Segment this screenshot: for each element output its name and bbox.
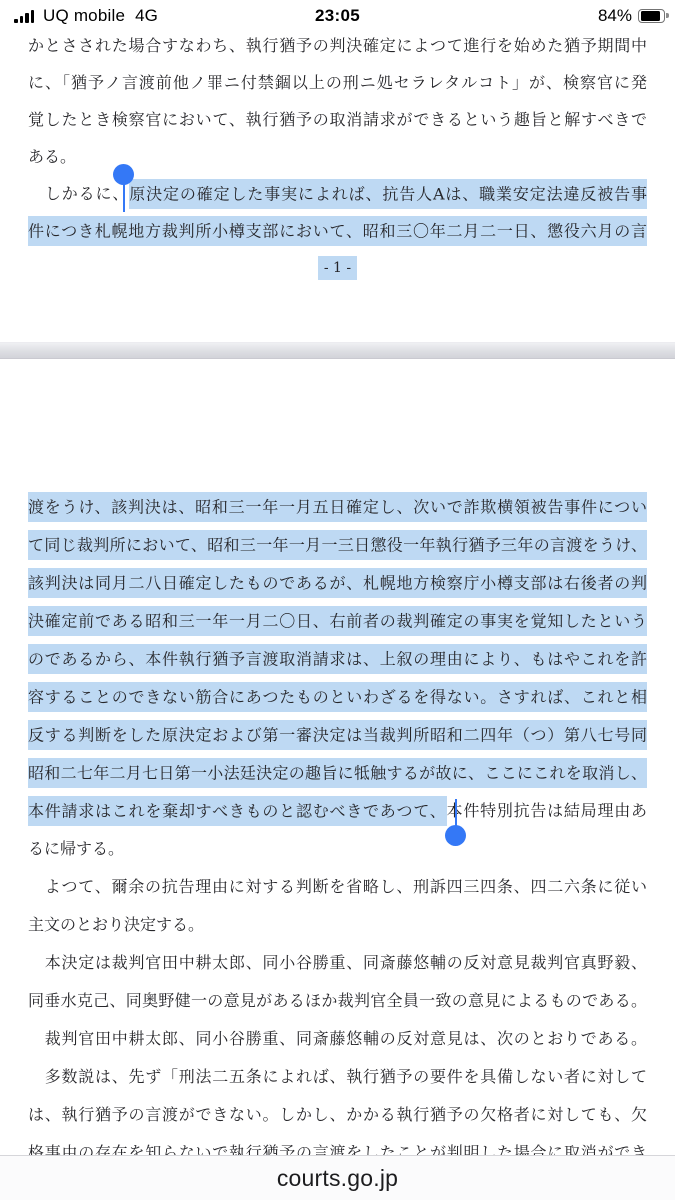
text-segment: 覚したとき検察官において、執行猶予の取消請求ができるという趣旨と解すべきで	[28, 110, 647, 129]
document-text-line: かとさされた場合すなわち、執行猶予の判決確定によつて進行を始めた猶予期間中	[28, 27, 647, 64]
selected-text: 件につき札幌地方裁判所小樽支部において、昭和三〇年二月二一日、懲役六月の言	[28, 216, 647, 246]
document-text-line: 同垂水克己、同奥野健一の意見があるほか裁判官全員一致の意見によるものである。	[28, 982, 647, 1020]
document-text-line: 昭和二七年二月七日第一小法廷決定の趣旨に牴触するが故に、ここにこれを取消し、	[28, 754, 647, 792]
page-number-value: - 1 -	[318, 256, 357, 280]
status-bar-right: 84%	[598, 6, 665, 26]
document-text-line: 容することのできない筋合にあつたものといわざるを得ない。さすれば、これと相	[28, 678, 647, 716]
page-1-text: かとさされた場合すなわち、執行猶予の判決確定によつて進行を始めた猶予期間中に、「…	[28, 27, 647, 249]
text-segment: しかるに、	[28, 184, 129, 203]
document-text-line: 件につき札幌地方裁判所小樽支部において、昭和三〇年二月二一日、懲役六月の言	[28, 212, 647, 249]
document-text-line: は、執行猶予の言渡ができない。しかし、かかる執行猶予の欠格者に対しても、欠	[28, 1096, 647, 1134]
selection-start-caret	[123, 182, 125, 212]
selected-text: 本件請求はこれを棄却すべきものと認むべきであつて、	[28, 796, 447, 826]
document-text-line: のであるから、本件執行猶予言渡取消請求は、上叙の理由により、もはやこれを許	[28, 640, 647, 678]
document-text-line: 反する判断をした原決定および第一審決定は当裁判所昭和二四年（つ）第八七号同	[28, 716, 647, 754]
document-text-line: 裁判官田中耕太郎、同小谷勝重、同斎藤悠輔の反対意見は、次のとおりである。	[28, 1020, 647, 1058]
status-bar: UQ mobile 4G 23:05 84%	[0, 0, 675, 32]
text-segment: 本決定は裁判官田中耕太郎、同小谷勝重、同斎藤悠輔の反対意見裁判官真野毅、	[28, 953, 647, 972]
text-segment: 同垂水克己、同奥野健一の意見があるほか裁判官全員一致の意見によるものである。	[28, 991, 647, 1010]
text-segment: は、執行猶予の言渡ができない。しかし、かかる執行猶予の欠格者に対しても、欠	[28, 1105, 647, 1124]
page-number: - 1 -	[28, 256, 647, 280]
document-text-line: 決確定前である昭和三一年一月二〇日、右前者の裁判確定の事実を覚知したという	[28, 602, 647, 640]
selected-text: のであるから、本件執行猶予言渡取消請求は、上叙の理由により、もはやこれを許	[28, 644, 647, 674]
document-text-line: るに帰する。	[28, 830, 647, 868]
selected-text: て同じ裁判所において、昭和三一年一月一三日懲役一年執行猶予三年の言渡をうけ、	[28, 530, 647, 560]
document-text-line: 渡をうけ、該判決は、昭和三一年一月五日確定し、次いで詐欺横領被告事件につい	[28, 488, 647, 526]
text-segment: 本件特別抗告は結局理由あ	[447, 801, 647, 820]
url-text: courts.go.jp	[277, 1165, 398, 1192]
text-segment: に、「猶予ノ言渡前他ノ罪ニ付禁錮以上の刑ニ処セラレタルコト」が、検察官に発	[28, 73, 647, 92]
selected-text: 該判決は同月二八日確定したものであるが、札幌地方検察庁小樽支部は右後者の判	[28, 568, 647, 598]
document-text-line: よつて、爾余の抗告理由に対する判断を省略し、刑訴四三四条、四二六条に従い	[28, 868, 647, 906]
battery-percent-label: 84%	[598, 6, 632, 26]
document-text-line: 本決定は裁判官田中耕太郎、同小谷勝重、同斎藤悠輔の反対意見裁判官真野毅、	[28, 944, 647, 982]
selected-text: 昭和二七年二月七日第一小法廷決定の趣旨に牴触するが故に、ここにこれを取消し、	[28, 758, 647, 788]
clock-time: 23:05	[0, 6, 675, 26]
text-segment: かとさされた場合すなわち、執行猶予の判決確定によつて進行を始めた猶予期間中	[28, 36, 647, 55]
document-page-1: かとさされた場合すなわち、執行猶予の判決確定によつて進行を始めた猶予期間中に、「…	[28, 27, 647, 280]
selected-text: 反する判断をした原決定および第一審決定は当裁判所昭和二四年（つ）第八七号同	[28, 720, 647, 750]
selected-text: 容することのできない筋合にあつたものといわざるを得ない。さすれば、これと相	[28, 682, 647, 712]
selected-text: 渡をうけ、該判決は、昭和三一年一月五日確定し、次いで詐欺横領被告事件につい	[28, 492, 647, 522]
text-segment: 裁判官田中耕太郎、同小谷勝重、同斎藤悠輔の反対意見は、次のとおりである。	[28, 1029, 647, 1048]
document-text-line: 本件請求はこれを棄却すべきものと認むべきであつて、本件特別抗告は結局理由あ	[28, 792, 647, 830]
browser-url-bar[interactable]: courts.go.jp	[0, 1155, 675, 1200]
selection-end-knob-icon[interactable]	[445, 825, 466, 846]
pdf-page-separator	[0, 343, 675, 358]
document-page-2: 渡をうけ、該判決は、昭和三一年一月五日確定し、次いで詐欺横領被告事件について同じ…	[28, 488, 647, 1172]
document-text-line: て同じ裁判所において、昭和三一年一月一三日懲役一年執行猶予三年の言渡をうけ、	[28, 526, 647, 564]
document-text-line: 主文のとおり決定する。	[28, 906, 647, 944]
selection-end-caret	[455, 799, 457, 828]
document-text-line: 覚したとき検察官において、執行猶予の取消請求ができるという趣旨と解すべきで	[28, 101, 647, 138]
selected-text: 原決定の確定した事実によれば、抗告人Aは、職業安定法違反被告事	[129, 179, 647, 209]
document-text-line: に、「猶予ノ言渡前他ノ罪ニ付禁錮以上の刑ニ処セラレタルコト」が、検察官に発	[28, 64, 647, 101]
document-text-line: 多数説は、先ず「刑法二五条によれば、執行猶予の要件を具備しない者に対して	[28, 1058, 647, 1096]
text-segment: 多数説は、先ず「刑法二五条によれば、執行猶予の要件を具備しない者に対して	[28, 1067, 647, 1086]
selected-text: 決確定前である昭和三一年一月二〇日、右前者の裁判確定の事実を覚知したという	[28, 606, 647, 636]
battery-icon	[638, 9, 665, 24]
text-segment: 主文のとおり決定する。	[28, 915, 204, 934]
text-segment: よつて、爾余の抗告理由に対する判断を省略し、刑訴四三四条、四二六条に従い	[28, 877, 647, 896]
document-text-line: 該判決は同月二八日確定したものであるが、札幌地方検察庁小樽支部は右後者の判	[28, 564, 647, 602]
page-2-text: 渡をうけ、該判決は、昭和三一年一月五日確定し、次いで詐欺横領被告事件について同じ…	[28, 488, 647, 1172]
text-segment: ある。	[28, 147, 76, 166]
text-segment: るに帰する。	[28, 839, 124, 858]
